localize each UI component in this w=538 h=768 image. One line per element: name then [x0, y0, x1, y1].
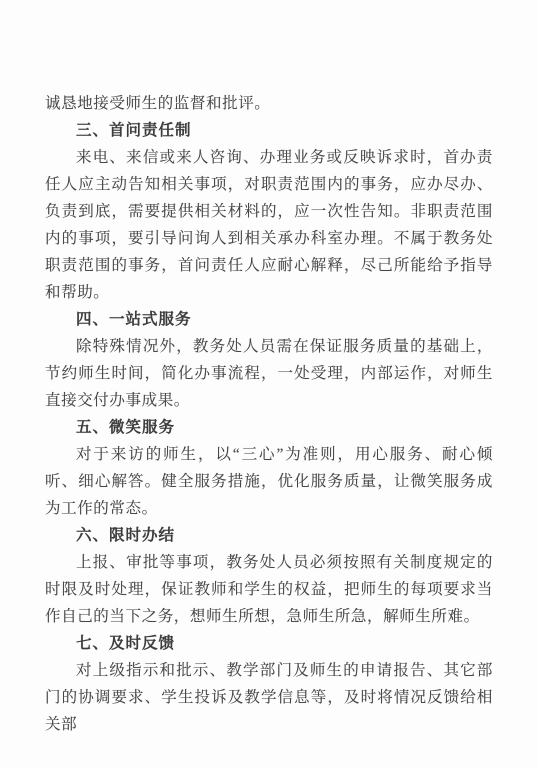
section-body: 对于来访的师生，以“三心”为准则，用心服务、耐心倾听、细心解答。健全服务措施，优…	[45, 441, 493, 522]
section-heading: 七、及时反馈	[45, 630, 493, 657]
section-heading: 五、微笑服务	[45, 414, 493, 441]
document-page: 诚恳地接受师生的监督和批评。 三、首问责任制 来电、来信或来人咨询、办理业务或反…	[0, 0, 538, 768]
document-content: 诚恳地接受师生的监督和批评。 三、首问责任制 来电、来信或来人咨询、办理业务或反…	[45, 90, 493, 738]
section-heading: 六、限时办结	[45, 522, 493, 549]
section-yizhanshi-fuwu: 四、一站式服务 除特殊情况外，教务处人员需在保证服务质量的基础上，节约师生时间，…	[45, 306, 493, 414]
section-xianshi-banjie: 六、限时办结 上报、审批等事项，教务处人员必须按照有关制度规定的时限及时处理，保…	[45, 522, 493, 630]
paragraph-continuation: 诚恳地接受师生的监督和批评。	[45, 90, 493, 117]
section-body: 上报、审批等事项，教务处人员必须按照有关制度规定的时限及时处理，保证教师和学生的…	[45, 549, 493, 630]
section-jishi-fankui: 七、及时反馈 对上级指示和批示、教学部门及师生的申请报告、其它部门的协调要求、学…	[45, 630, 493, 738]
section-heading: 四、一站式服务	[45, 306, 493, 333]
section-body: 对上级指示和批示、教学部门及师生的申请报告、其它部门的协调要求、学生投诉及教学信…	[45, 657, 493, 738]
section-heading: 三、首问责任制	[45, 117, 493, 144]
section-shouwen-zerenzhi: 三、首问责任制 来电、来信或来人咨询、办理业务或反映诉求时，首办责任人应主动告知…	[45, 117, 493, 306]
section-body: 来电、来信或来人咨询、办理业务或反映诉求时，首办责任人应主动告知相关事项，对职责…	[45, 144, 493, 306]
section-weixiao-fuwu: 五、微笑服务 对于来访的师生，以“三心”为准则，用心服务、耐心倾听、细心解答。健…	[45, 414, 493, 522]
section-body: 除特殊情况外，教务处人员需在保证服务质量的基础上，节约师生时间，简化办事流程，一…	[45, 333, 493, 414]
